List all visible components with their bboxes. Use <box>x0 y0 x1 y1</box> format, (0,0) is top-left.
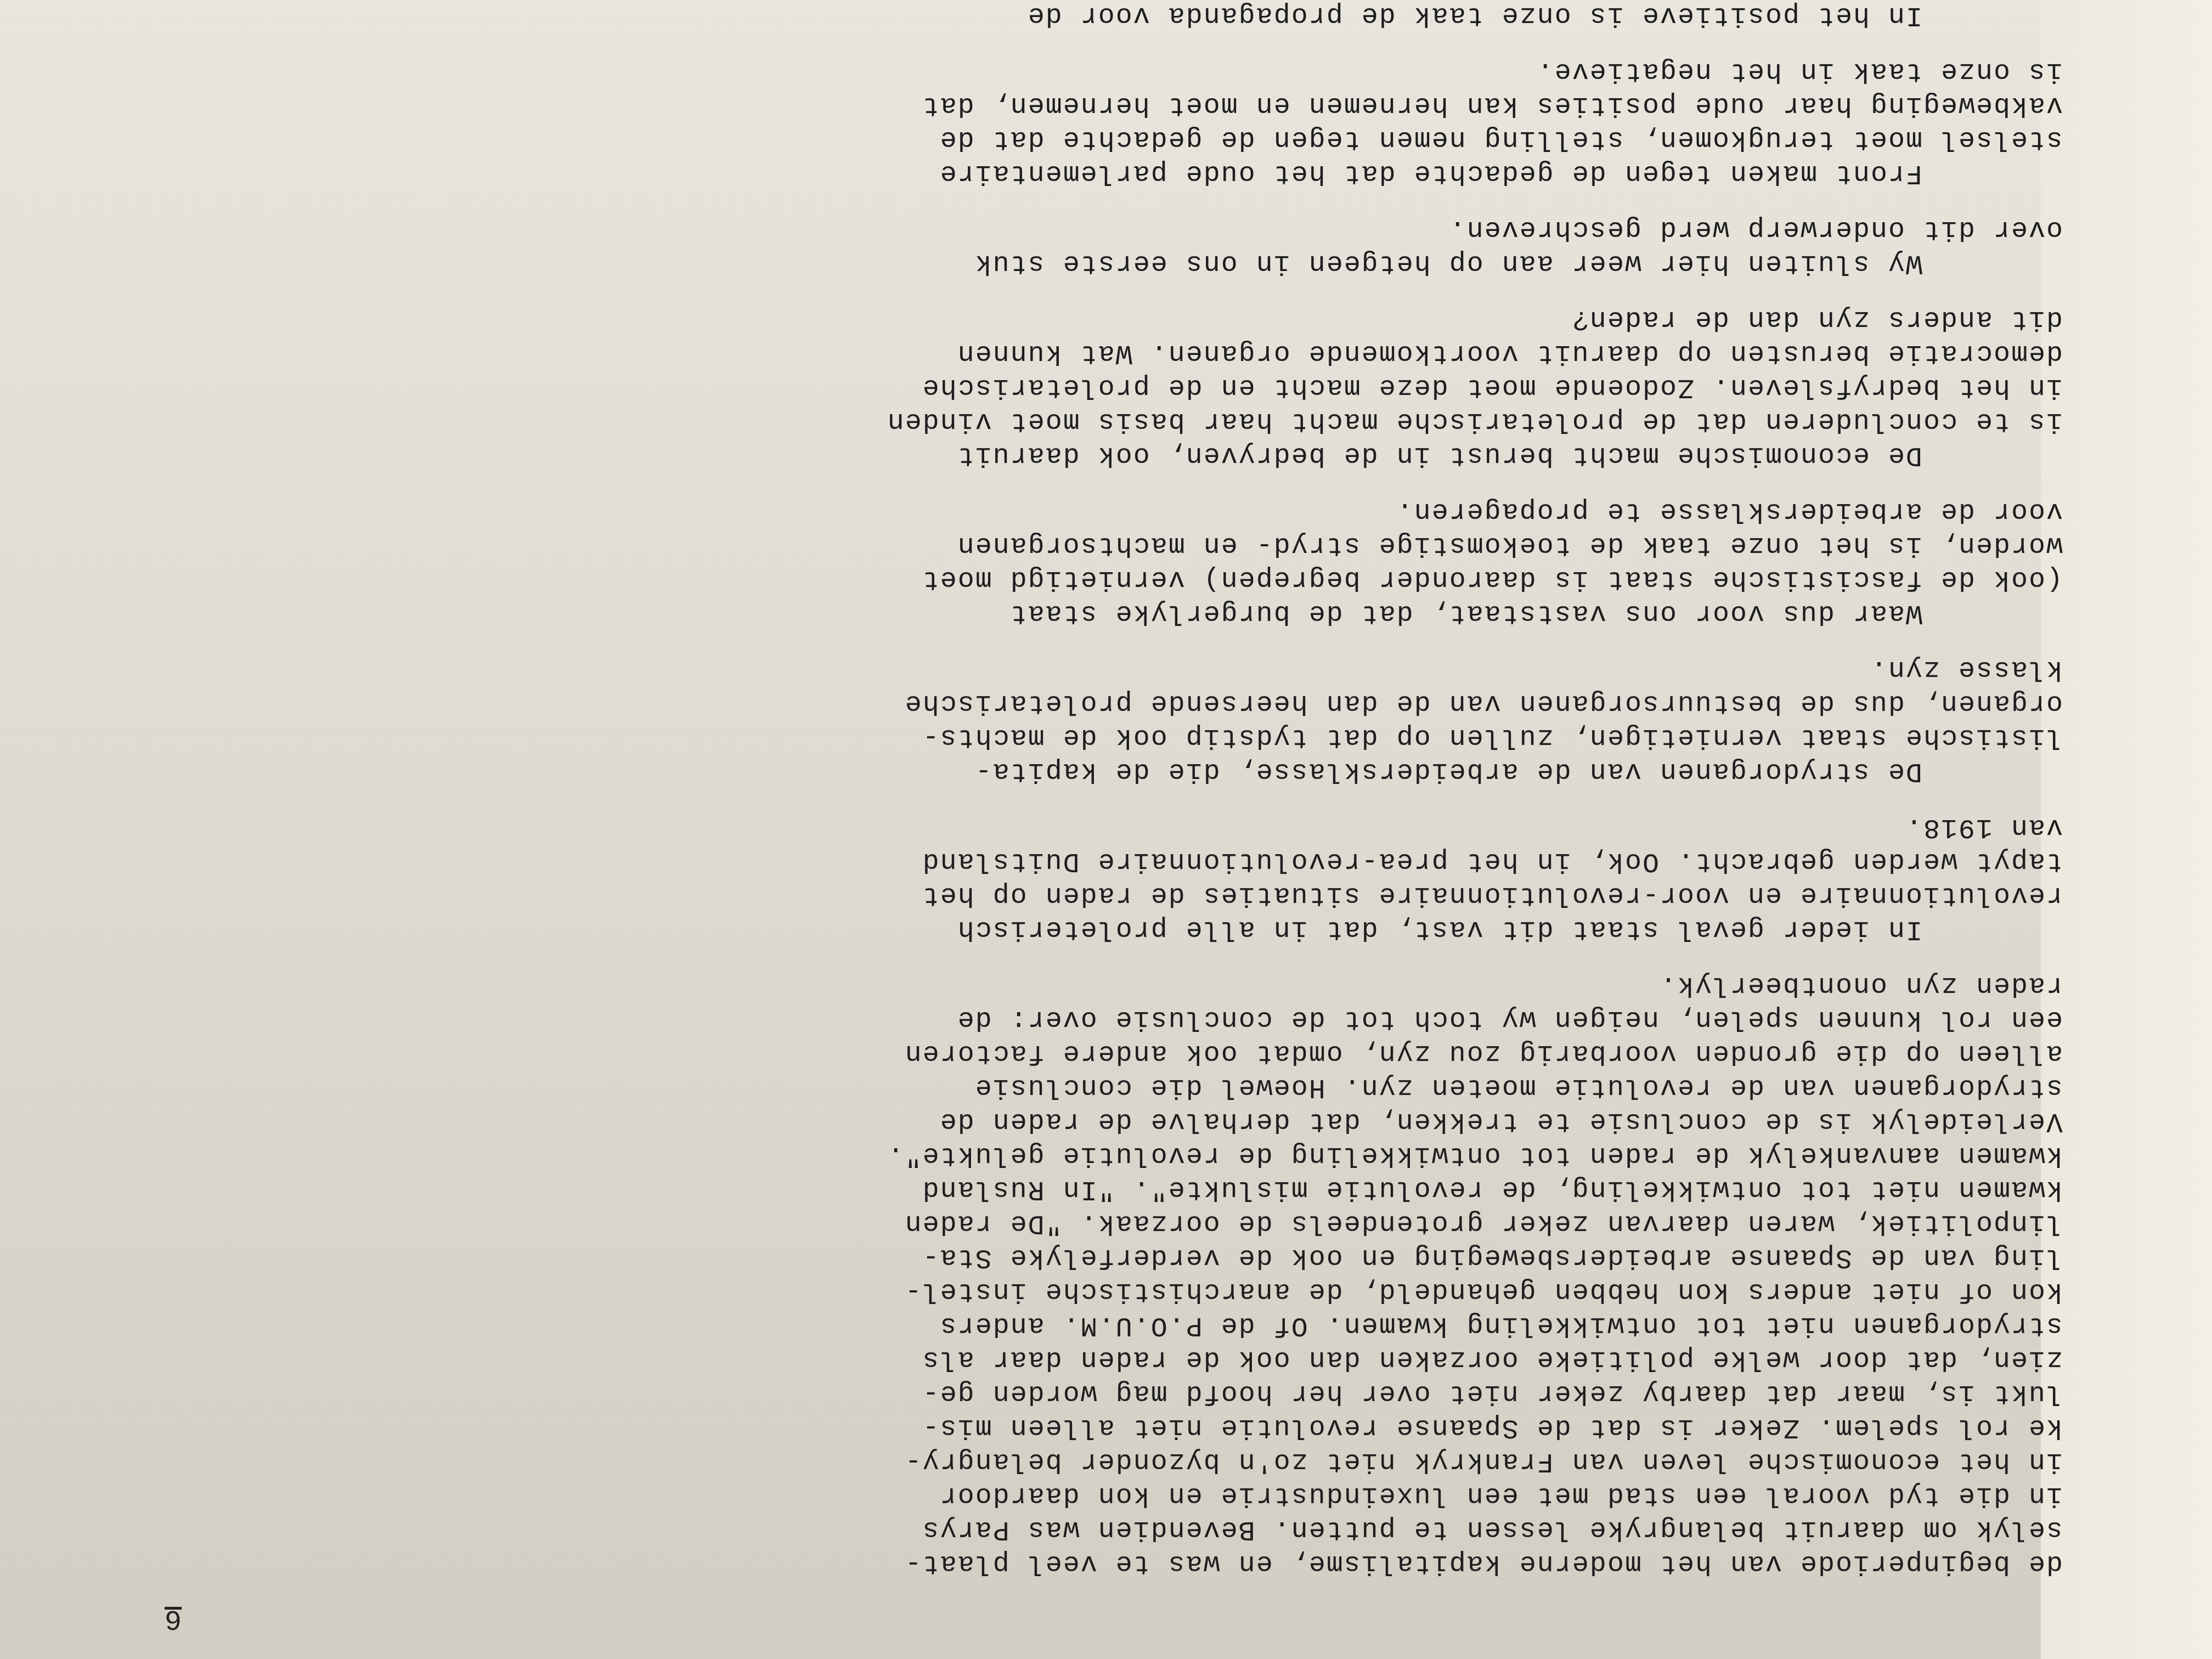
paragraph: De economische macht berust in de bedryv… <box>307 302 2063 472</box>
paragraph: Wy sluiten hier weer aan op hetgeen in o… <box>307 212 2063 280</box>
paragraph: Waar dus voor ons vaststaat, dat de burg… <box>307 494 2063 630</box>
paragraph: De strydorganen van de arbeidersklasse, … <box>307 652 2063 788</box>
paper-sheet: 6 de beginperiode van het moderne kapita… <box>0 0 2041 1659</box>
document-body: de beginperiode van het moderne kapitali… <box>307 0 2063 1580</box>
typewritten-page: 6 de beginperiode van het moderne kapita… <box>143 181 2063 1629</box>
page-number: 6 <box>165 1602 182 1635</box>
paragraph: de beginperiode van het moderne kapitali… <box>307 968 2063 1580</box>
paragraph: In het positieve is onze taak de propaga… <box>307 0 2063 32</box>
paragraph: In ieder geval staat dit vast, dat in al… <box>307 810 2063 946</box>
paragraph: Front maken tegen de gedachte dat het ou… <box>307 54 2063 190</box>
